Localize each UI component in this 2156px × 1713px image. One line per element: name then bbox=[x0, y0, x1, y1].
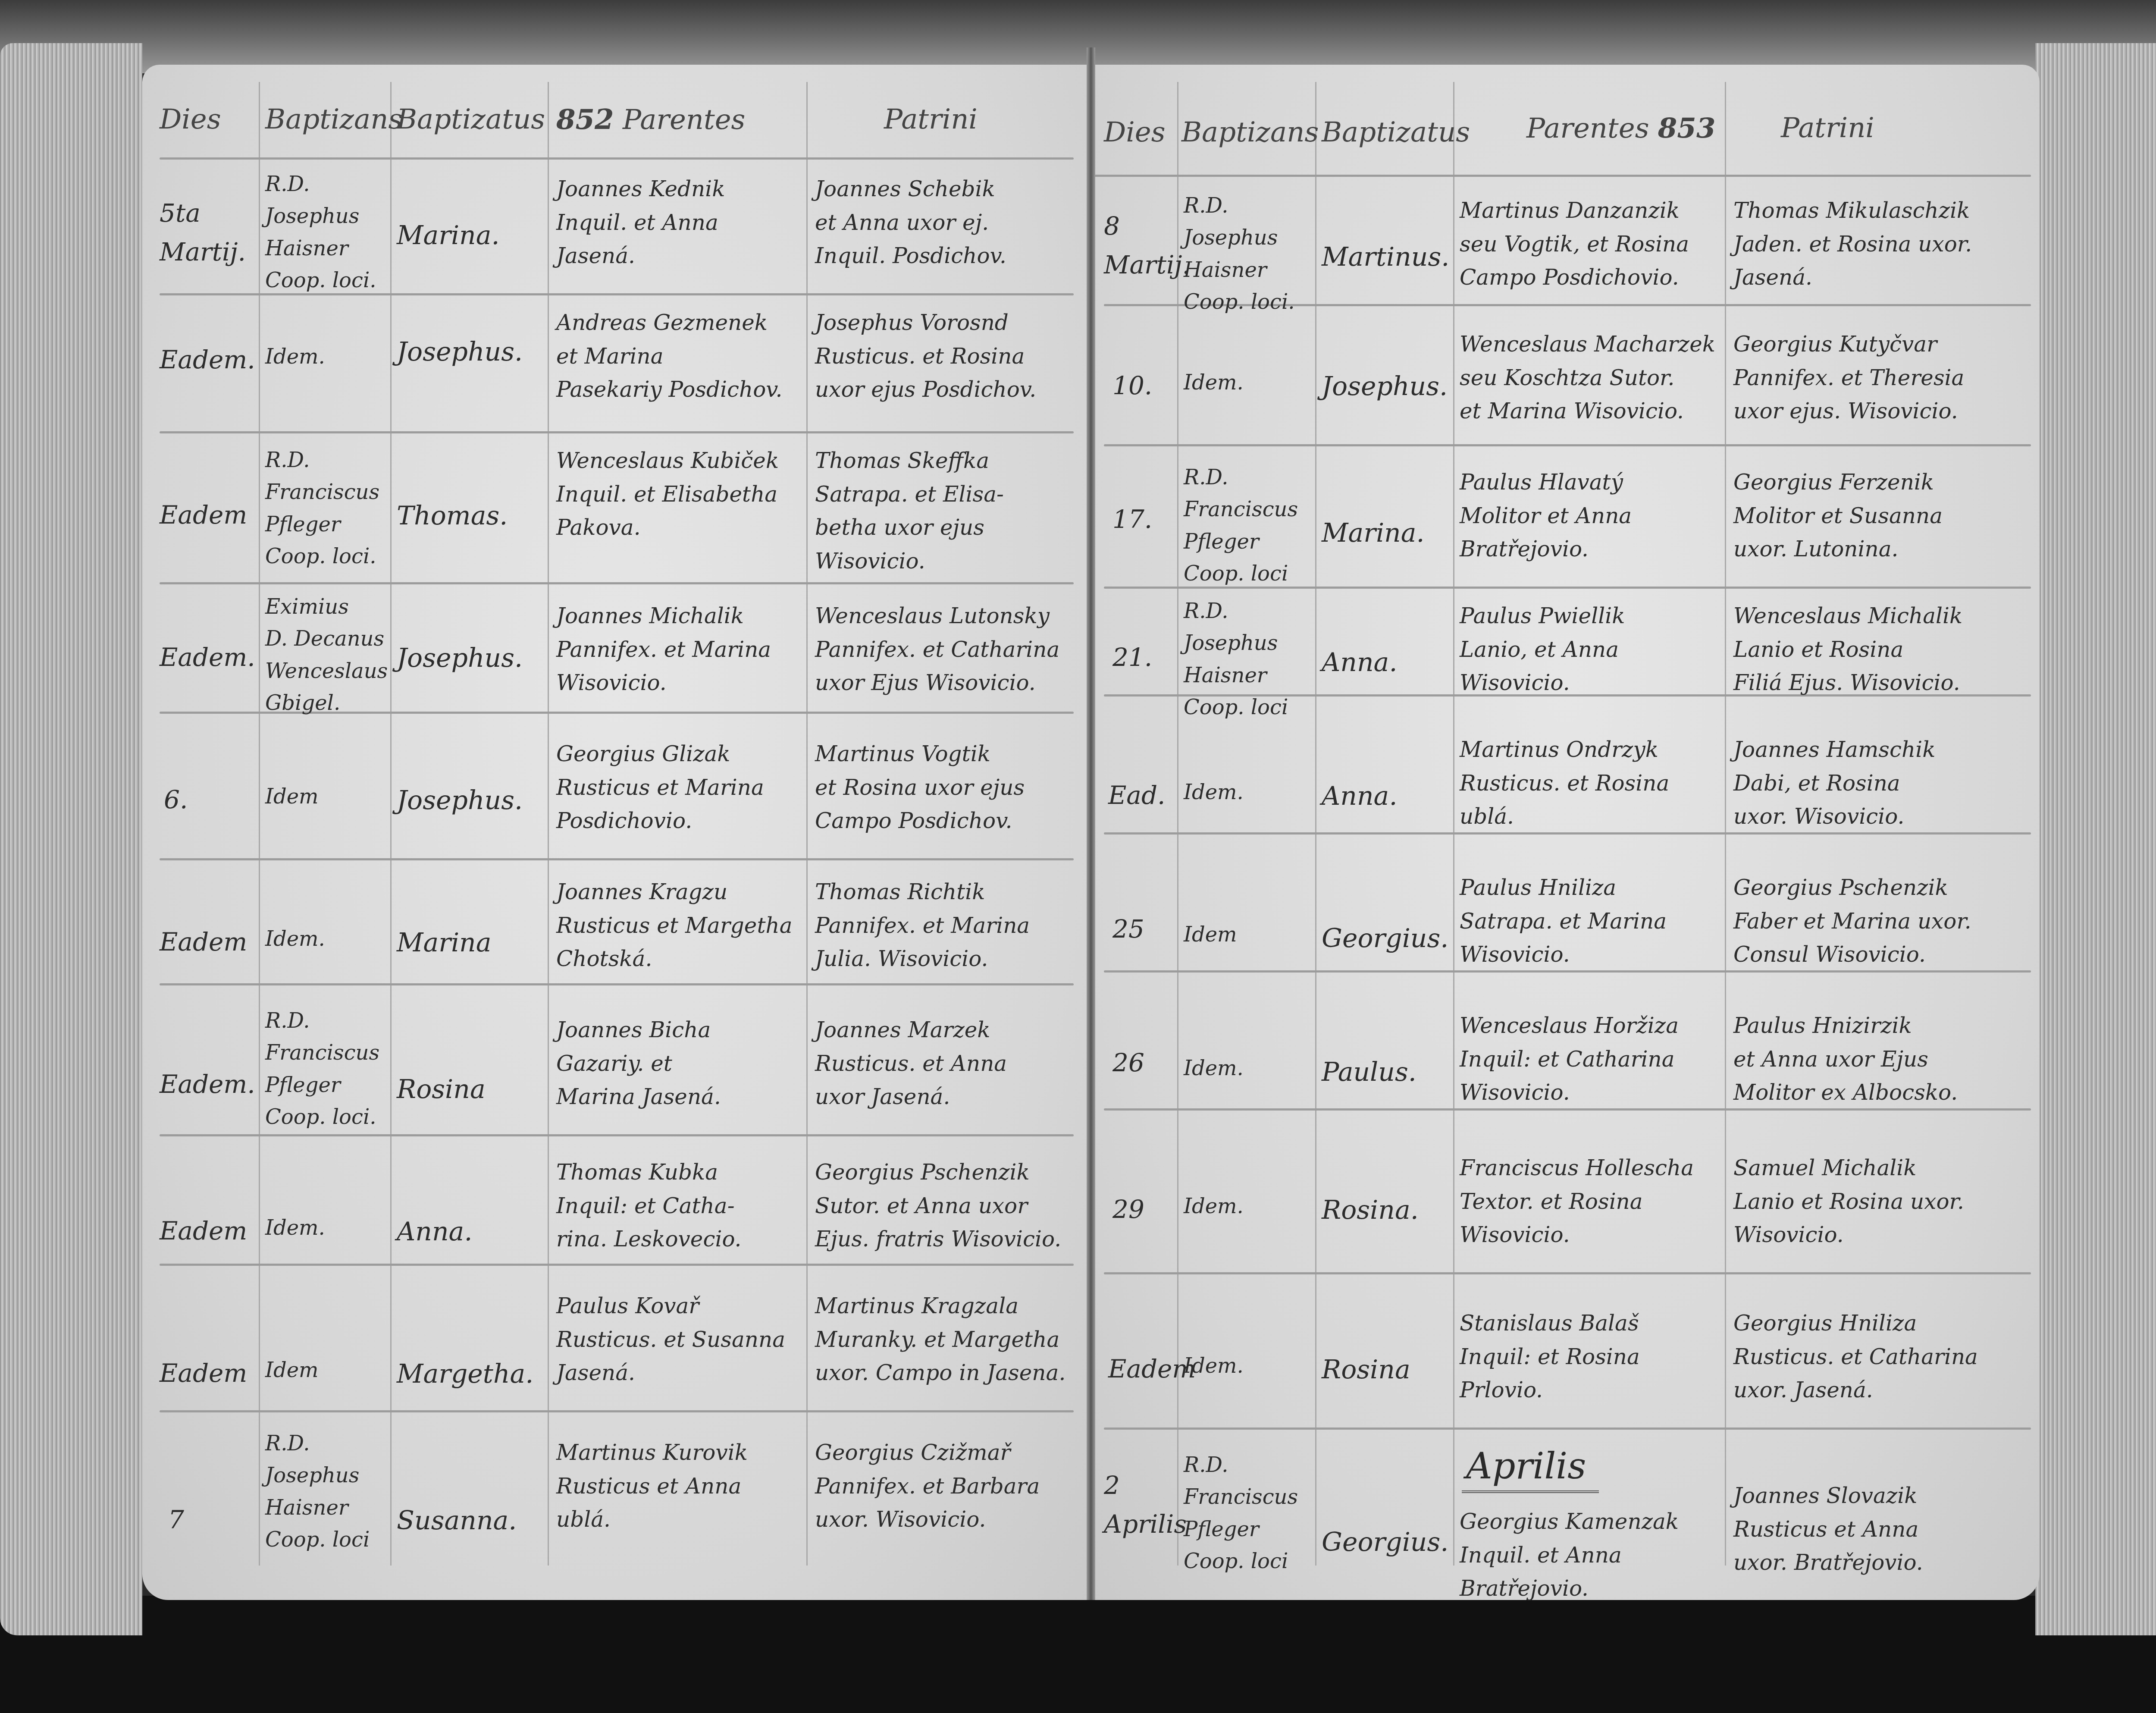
entry-baptizatus: Paulus. bbox=[1322, 1052, 1416, 1092]
entry-baptizatus: Josephus. bbox=[397, 332, 523, 372]
entry-parentes: Paulus Hlavatý Molitor et Anna Bratřejov… bbox=[1460, 466, 1632, 566]
entry-baptizatus: Margetha. bbox=[397, 1354, 533, 1394]
header-baptizans: Baptizans bbox=[1181, 116, 1319, 148]
entry-parentes: Georgius Glizak Rusticus et Marina Posdi… bbox=[556, 737, 764, 838]
entry-parentes: Paulus Kovař Rusticus. et Susanna Jasená… bbox=[556, 1289, 785, 1390]
entry-patrini: Joannes Schebik et Anna uxor ej. Inquil.… bbox=[815, 173, 1006, 273]
entry-parentes: Joannes Kragzu Rusticus et Margetha Chot… bbox=[556, 875, 793, 976]
entry-baptizans: R.D. Franciscus Pfleger Coop. loci. bbox=[265, 444, 379, 573]
left-page: Dies Baptizans Baptizatus 852 Parentes P… bbox=[142, 65, 1091, 1600]
entry-patrini: Wenceslaus Michalik Lanio et Rosina Fili… bbox=[1733, 599, 1962, 700]
entry-patrini: Samuel Michalik Lanio et Rosina uxor. Wi… bbox=[1733, 1151, 1964, 1252]
header-parentes: Parentes 853 bbox=[1526, 112, 1715, 144]
entry-baptizans: Idem. bbox=[265, 341, 325, 373]
entry-baptizans: Idem. bbox=[1184, 1190, 1244, 1222]
entry-baptizatus: Georgius. bbox=[1322, 919, 1448, 959]
entry-patrini: Josephus Vorosnd Rusticus. et Rosina uxo… bbox=[815, 306, 1036, 407]
row-rule bbox=[160, 858, 1074, 860]
entry-day: 2 Aprilis bbox=[1104, 1466, 1187, 1544]
entry-patrini: Thomas Skeffka Satrapa. et Elisa- betha … bbox=[815, 444, 1004, 578]
entry-day: Eadem. bbox=[160, 341, 255, 380]
entry-parentes: Martinus Ondrzyk Rusticus. et Rosina ubl… bbox=[1460, 733, 1669, 834]
row-rule bbox=[160, 1134, 1074, 1136]
row-rule bbox=[1104, 444, 2031, 446]
month-heading-aprilis: Aprilis bbox=[1462, 1445, 1599, 1493]
entry-day: 25 bbox=[1112, 910, 1144, 949]
header-baptizans: Baptizans bbox=[265, 104, 402, 135]
entry-patrini: Georgius Czižmař Pannifex. et Barbara ux… bbox=[815, 1436, 1040, 1537]
entry-parentes: Martinus Kurovik Rusticus et Anna ublá. bbox=[556, 1436, 748, 1537]
entry-parentes: Joannes Michalik Pannifex. et Marina Wis… bbox=[556, 599, 771, 700]
page-number: 852 bbox=[556, 104, 614, 136]
entry-baptizatus: Anna. bbox=[1322, 643, 1397, 683]
entry-day: Ead. bbox=[1108, 776, 1165, 815]
entry-day: Eadem. bbox=[160, 638, 255, 677]
entry-patrini: Joannes Hamschik Dabi, et Rosina uxor. W… bbox=[1733, 733, 1935, 834]
entry-patrini: Georgius Kutyčvar Pannifex. et Theresia … bbox=[1733, 328, 1964, 428]
book-bottom-shadow bbox=[0, 1596, 2156, 1713]
entry-baptizans: Idem bbox=[265, 1354, 319, 1386]
entry-baptizans: Idem. bbox=[1184, 367, 1244, 398]
entry-baptizans: Idem. bbox=[265, 923, 325, 955]
header-rule bbox=[160, 157, 1074, 160]
row-rule bbox=[160, 431, 1074, 433]
book-top-edge bbox=[0, 0, 2156, 73]
entry-day: 5ta Martij. bbox=[160, 194, 246, 272]
entry-baptizatus: Rosina bbox=[397, 1070, 486, 1110]
header-patrini: Patrini bbox=[884, 104, 978, 135]
entry-day: 7 bbox=[168, 1501, 184, 1540]
entry-patrini: Martinus Vogtik et Rosina uxor ejus Camp… bbox=[815, 737, 1025, 838]
entry-day: 26 bbox=[1112, 1044, 1144, 1082]
entry-patrini: Georgius Hniliza Rusticus. et Catharina … bbox=[1733, 1307, 1978, 1407]
entry-baptizans: R.D. Josephus Haisner Coop. loci. bbox=[1184, 190, 1295, 318]
row-rule bbox=[160, 1410, 1074, 1412]
entry-day: Eadem bbox=[1108, 1350, 1196, 1389]
entry-patrini: Georgius Ferzenik Molitor et Susanna uxo… bbox=[1733, 466, 1943, 566]
entry-parentes: Joannes Kednik Inquil. et Anna Jasená. bbox=[556, 173, 725, 273]
book-gutter bbox=[1087, 47, 1095, 1600]
row-rule bbox=[160, 983, 1074, 985]
entry-day: Eadem bbox=[160, 1354, 247, 1393]
entry-patrini: Joannes Marzek Rusticus. et Anna uxor Ja… bbox=[815, 1013, 1007, 1114]
entry-baptizans: Idem. bbox=[1184, 776, 1244, 808]
row-rule bbox=[1104, 1427, 2031, 1430]
entry-baptizatus: Georgius. bbox=[1322, 1522, 1448, 1562]
entry-parentes: Paulus Hniliza Satrapa. et Marina Wisovi… bbox=[1460, 871, 1667, 972]
column-rule bbox=[390, 82, 392, 1566]
entry-parentes: Martinus Danzanzik seu Vogtik, et Rosina… bbox=[1460, 194, 1689, 295]
entry-day: 21. bbox=[1112, 638, 1152, 677]
header-baptizatus: Baptizatus bbox=[1322, 116, 1470, 148]
entry-baptizatus: Josephus. bbox=[1322, 367, 1448, 407]
entry-baptizatus: Josephus. bbox=[397, 638, 523, 678]
entry-parentes: Paulus Pwiellik Lanio, et Anna Wisovicio… bbox=[1460, 599, 1625, 700]
header-parentes-label: Parentes bbox=[623, 104, 745, 136]
entry-baptizans: R.D. Josephus Haisner Coop. loci bbox=[265, 1427, 370, 1556]
entry-baptizatus: Rosina. bbox=[1322, 1190, 1419, 1230]
left-page-stack-edge bbox=[0, 43, 142, 1635]
entry-parentes: Joannes Bicha Gazariy. et Marina Jasená. bbox=[556, 1013, 721, 1114]
entry-baptizans: R.D. Josephus Haisner Coop. loci bbox=[1184, 595, 1288, 724]
row-rule bbox=[1104, 1272, 2031, 1274]
entry-baptizatus: Anna. bbox=[397, 1212, 472, 1252]
page-number: 853 bbox=[1658, 112, 1716, 144]
right-page: Dies Baptizans Baptizatus Parentes 853 P… bbox=[1091, 65, 2040, 1600]
entry-baptizans: Idem. bbox=[1184, 1052, 1244, 1084]
header-parentes: 852 Parentes bbox=[556, 104, 745, 136]
entry-patrini: Georgius Pschenzik Sutor. et Anna uxor E… bbox=[815, 1156, 1061, 1256]
entry-baptizans: R.D. Franciscus Pfleger Coop. loci. bbox=[265, 1005, 379, 1133]
entry-baptizatus: Rosina bbox=[1322, 1350, 1410, 1390]
entry-patrini: Georgius Pschenzik Faber et Marina uxor.… bbox=[1733, 871, 1971, 972]
entry-baptizatus: Susanna. bbox=[397, 1501, 517, 1541]
entry-day: 10. bbox=[1112, 367, 1152, 405]
entry-patrini: Joannes Slovazik Rusticus et Anna uxor. … bbox=[1733, 1479, 1923, 1580]
entry-parentes: Wenceslaus Horžiza Inquil: et Catharina … bbox=[1460, 1009, 1679, 1110]
entry-day: Eadem. bbox=[160, 1065, 255, 1104]
entry-baptizatus: Marina. bbox=[397, 216, 500, 256]
header-dies: Dies bbox=[160, 104, 221, 135]
entry-parentes: Stanislaus Balaš Inquil: et Rosina Prlov… bbox=[1460, 1307, 1640, 1407]
column-rule bbox=[259, 82, 260, 1566]
entry-baptizatus: Thomas. bbox=[397, 496, 508, 536]
entry-day: 8 Martij. bbox=[1104, 207, 1190, 285]
entry-parentes: Wenceslaus Kubiček Inquil. et Elisabetha… bbox=[556, 444, 779, 545]
entry-day: Eadem bbox=[160, 1212, 247, 1251]
column-rule bbox=[806, 82, 808, 1566]
entry-day: 29 bbox=[1112, 1190, 1144, 1229]
entry-baptizatus: Marina bbox=[397, 923, 492, 963]
entry-parentes: Franciscus Hollescha Textor. et Rosina W… bbox=[1460, 1151, 1694, 1252]
entry-day: 17. bbox=[1112, 500, 1152, 539]
entry-patrini: Wenceslaus Lutonsky Pannifex. et Cathari… bbox=[815, 599, 1059, 700]
right-page-stack-edge bbox=[2035, 43, 2156, 1635]
header-baptizatus: Baptizatus bbox=[397, 104, 545, 135]
entry-baptizatus: Anna. bbox=[1322, 776, 1397, 816]
row-rule bbox=[160, 582, 1074, 584]
header-parentes-label: Parentes bbox=[1526, 113, 1649, 144]
entry-parentes: Wenceslaus Macharzek seu Koschtza Sutor.… bbox=[1460, 328, 1715, 428]
column-rule bbox=[548, 82, 549, 1566]
entry-baptizatus: Josephus. bbox=[397, 781, 523, 821]
row-rule bbox=[160, 1264, 1074, 1266]
entry-patrini: Thomas Richtik Pannifex. et Marina Julia… bbox=[815, 875, 1030, 976]
entry-baptizans: Eximius D. Decanus Wenceslaus Gbigel. bbox=[265, 591, 388, 719]
entry-day: Eadem bbox=[160, 496, 247, 535]
entry-baptizans: Idem. bbox=[1184, 1350, 1244, 1382]
entry-baptizans: Idem bbox=[265, 781, 319, 813]
entry-day: 6. bbox=[164, 781, 188, 819]
entry-baptizans: Idem bbox=[1184, 919, 1237, 951]
entry-baptizatus: Martinus. bbox=[1322, 237, 1449, 277]
header-rule bbox=[1091, 175, 2031, 177]
entry-baptizans: Idem. bbox=[265, 1212, 325, 1244]
entry-parentes: Thomas Kubka Inquil: et Catha- rina. Les… bbox=[556, 1156, 742, 1256]
entry-parentes: Andreas Gezmenek et Marina Pasekariy Pos… bbox=[556, 306, 783, 407]
entry-baptizans: R.D. Franciscus Pfleger Coop. loci bbox=[1184, 461, 1298, 590]
entry-baptizatus: Marina. bbox=[1322, 513, 1425, 553]
entry-parentes: Georgius Kamenzak Inquil. et Anna Bratře… bbox=[1460, 1505, 1679, 1606]
header-dies: Dies bbox=[1104, 116, 1166, 148]
header-patrini: Patrini bbox=[1781, 112, 1874, 144]
entry-baptizans: R.D. Franciscus Pfleger Coop. loci bbox=[1184, 1449, 1298, 1578]
entry-patrini: Martinus Kragzala Muranky. et Margetha u… bbox=[815, 1289, 1065, 1390]
entry-baptizans: R.D. Josephus Haisner Coop. loci. bbox=[265, 168, 376, 297]
entry-patrini: Thomas Mikulaschzik Jaden. et Rosina uxo… bbox=[1733, 194, 1972, 295]
entry-day: Eadem bbox=[160, 923, 247, 962]
entry-patrini: Paulus Hnizirzik et Anna uxor Ejus Molit… bbox=[1733, 1009, 1958, 1110]
